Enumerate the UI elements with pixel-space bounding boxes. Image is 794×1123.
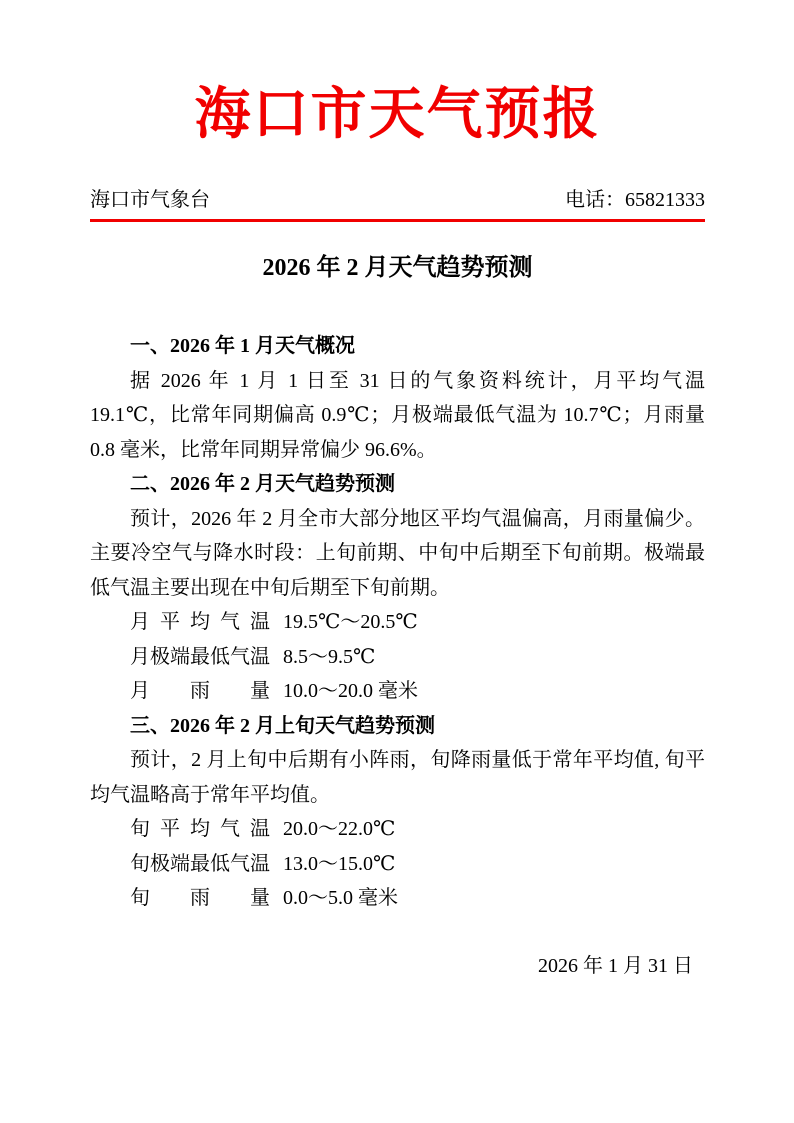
masthead-info-row: 海口市气象台 电话：65821333 — [90, 188, 705, 212]
document-body: 一、2026 年 1 月天气概况 据 2026 年 1 月 1 日至 31 日的… — [90, 329, 705, 983]
paragraph: 据 2026 年 1 月 1 日至 31 日的气象资料统计，月平均气温 19.1… — [90, 364, 705, 468]
data-line-label: 旬平均气温 — [130, 812, 270, 847]
section-heading: 一、2026 年 1 月天气概况 — [90, 329, 705, 364]
data-line-label: 月平均气温 — [130, 605, 270, 640]
page-title: 海口市天气预报 — [90, 78, 705, 150]
paragraph: 预计，2 月上旬中后期有小阵雨，旬降雨量低于常年平均值, 旬平均气温略高于常年平… — [90, 743, 705, 812]
section-heading: 三、2026 年 2 月上旬天气趋势预测 — [90, 709, 705, 744]
document-page: 海口市天气预报 海口市气象台 电话：65821333 2026 年 2 月天气趋… — [0, 0, 794, 1123]
document-title: 2026 年 2 月天气趋势预测 — [90, 253, 705, 283]
data-line-label: 旬极端最低气温 — [130, 847, 270, 882]
document-date: 2026 年 1 月 31 日 — [90, 949, 705, 983]
section-january-overview: 一、2026 年 1 月天气概况 据 2026 年 1 月 1 日至 31 日的… — [90, 329, 705, 467]
agency-name: 海口市气象台 — [90, 188, 210, 212]
data-line-dekad-mean-temp: 旬平均气温20.0～22.0℃ — [90, 812, 705, 847]
data-line-label: 旬雨量 — [130, 881, 270, 916]
section-early-february-trend: 三、2026 年 2 月上旬天气趋势预测 预计，2 月上旬中后期有小阵雨，旬降雨… — [90, 709, 705, 916]
data-line-value: 20.0～22.0℃ — [283, 818, 395, 840]
data-line-label: 月雨量 — [130, 674, 270, 709]
data-line-value: 0.0～5.0 毫米 — [283, 887, 398, 909]
data-line-value: 19.5℃～20.5℃ — [283, 611, 418, 633]
header-rule — [90, 219, 705, 222]
data-line-value: 10.0～20.0 毫米 — [283, 680, 418, 702]
data-line-value: 13.0～15.0℃ — [283, 853, 395, 875]
data-line-monthly-extreme-min-temp: 月极端最低气温8.5～9.5℃ — [90, 640, 705, 675]
data-line-dekad-rainfall: 旬雨量0.0～5.0 毫米 — [90, 881, 705, 916]
data-line-value: 8.5～9.5℃ — [283, 646, 375, 668]
data-line-label: 月极端最低气温 — [130, 640, 270, 675]
section-february-trend: 二、2026 年 2 月天气趋势预测 预计，2026 年 2 月全市大部分地区平… — [90, 467, 705, 709]
phone-number: 电话：65821333 — [565, 188, 705, 212]
paragraph: 预计，2026 年 2 月全市大部分地区平均气温偏高，月雨量偏少。主要冷空气与降… — [90, 502, 705, 606]
section-heading: 二、2026 年 2 月天气趋势预测 — [90, 467, 705, 502]
data-line-monthly-rainfall: 月雨量10.0～20.0 毫米 — [90, 674, 705, 709]
data-line-dekad-extreme-min-temp: 旬极端最低气温13.0～15.0℃ — [90, 847, 705, 882]
data-line-monthly-mean-temp: 月平均气温19.5℃～20.5℃ — [90, 605, 705, 640]
